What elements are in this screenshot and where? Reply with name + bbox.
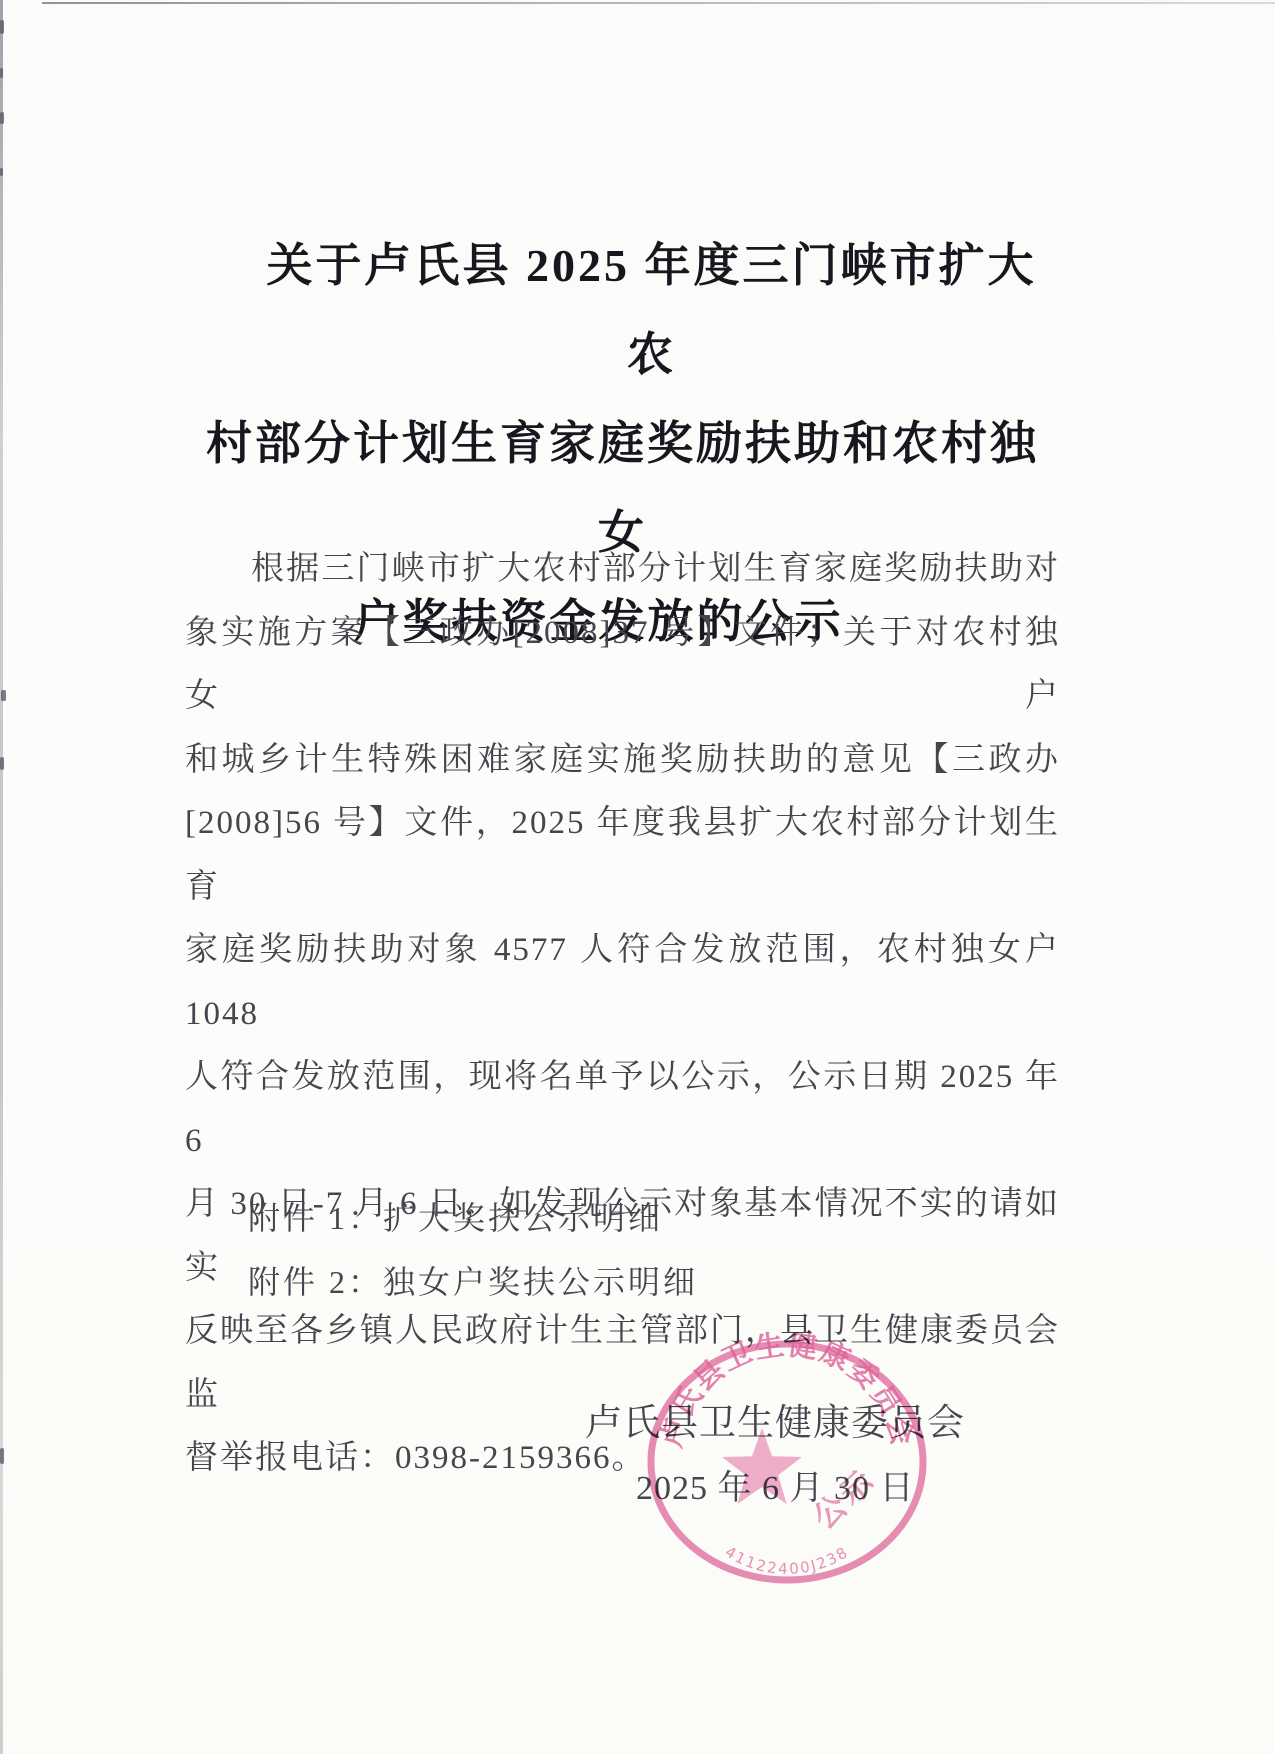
issuing-authority: 卢氏县卫生健康委员会 [585, 1392, 945, 1446]
seal-code: 41122400J238 [722, 1543, 852, 1578]
scan-mark [0, 68, 3, 78]
scan-top-edge-line [42, 2, 1275, 4]
attachments-list: 附件 1：扩大奖扶公示明细 附件 2：独女户奖扶公示明细 [248, 1186, 698, 1314]
body-line: 象实施方案【三政办[2008]37 号】文件；关于对农村独女户 [185, 602, 1060, 729]
scan-mark [1, 690, 6, 701]
body-paragraph: 根据三门峡市扩大农村部分计划生育家庭奖励扶助对 象实施方案【三政办[2008]3… [185, 538, 1060, 1491]
body-line: [2008]56 号】文件，2025 年度我县扩大农村部分计划生育 [185, 792, 1060, 919]
title-line: 关于卢氏县 2025 年度三门峡市扩大农 [185, 221, 1060, 399]
scan-mark [0, 757, 4, 770]
scan-mark [0, 1448, 4, 1464]
attachment-item: 附件 2：独女户奖扶公示明细 [248, 1250, 698, 1314]
attachment-item: 附件 1：扩大奖扶公示明细 [248, 1186, 698, 1250]
body-line: 和城乡计生特殊困难家庭实施奖励扶助的意见【三政办 [185, 729, 1060, 793]
scanned-notice-page: 关于卢氏县 2025 年度三门峡市扩大农 村部分计划生育家庭奖励扶助和农村独女 … [0, 0, 1275, 1754]
body-line: 根据三门峡市扩大农村部分计划生育家庭奖励扶助对 [185, 538, 1060, 602]
scan-mark [0, 112, 4, 124]
scan-mark [0, 168, 3, 176]
body-line: 人符合发放范围，现将名单予以公示，公示日期 2025 年 6 [185, 1046, 1060, 1173]
body-line: 家庭奖励扶助对象 4577 人符合发放范围，农村独女户 1048 [185, 919, 1060, 1046]
scan-left-edge-strip [0, 0, 3, 1754]
scan-mark [0, 20, 4, 34]
issue-date: 2025 年 6 月 30 日 [636, 1460, 956, 1509]
